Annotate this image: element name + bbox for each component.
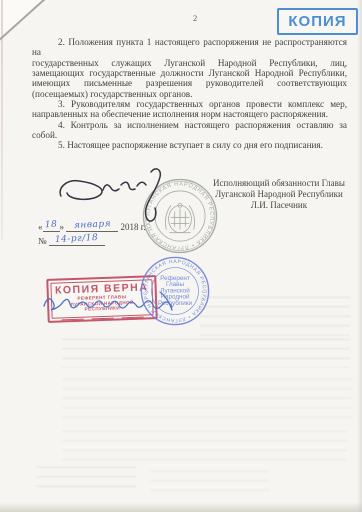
copy-stamp: КОПИЯ [277,8,358,35]
handwritten-number: 14-рг/18 [55,233,99,245]
document-body-text: 2. Положения пункта 1 настоящего распоря… [32,37,347,151]
acting-head-title-block: Исполняющий обязанности Главы Луганской … [200,178,358,211]
text-line: (посещаемых) государственных органов. [32,89,347,99]
coat-of-arms-icon [165,203,194,232]
bleedthrough-text [200,296,350,336]
page-number: 2 [193,13,197,23]
state-seal-icon: ЛУГАНСКАЯ НАРОДНАЯ РЕСПУБЛИКА • ЛУГАНСКА… [142,178,218,254]
text-line: на [32,47,347,57]
scanned-document-page: 2 КОПИЯ 2. Положения пункта 1 настоящего… [0,0,362,512]
text-line: собой. [32,130,347,140]
text-line: государственных служащих Луганской Народ… [32,58,347,68]
bleedthrough-text [36,466,136,492]
scan-edge-artifact [1,0,3,240]
referent-round-stamp: ЛУГАНСКАЯ НАРОДНАЯ РЕСПУБЛИКА • ЛУГАНСКА… [140,256,210,326]
text-line: 4. Контроль за исполнением настоящего ра… [32,120,347,130]
handwritten-month: января [73,219,111,231]
stamp-republic-label: ЛУГАНСКОЙ НАРОДНОЙ РЕСПУБЛИКИ [52,299,152,314]
text-line: замещающих государственные должности Луг… [32,68,347,78]
signing-date-line: «18» января 2018 г. [38,220,146,232]
registration-number-line: № 14-рг/18 [38,234,105,246]
scan-edge-artifact [0,502,362,512]
printed-year: 2018 г. [121,222,146,232]
text-line: направленных на обеспечение исполнения н… [32,109,347,119]
svg-text:*: * [147,290,149,296]
quote-close: » [60,222,65,232]
handwritten-day: 18 [44,220,57,231]
official-title-line: Исполняющий обязанности Главы [200,178,358,189]
number-label: № [38,236,47,246]
svg-text:*: * [201,290,203,296]
svg-text:Республики: Республики [158,299,192,307]
bleedthrough-text [62,338,350,368]
bleedthrough-text [62,378,352,426]
official-name: Л.И. Пасечник [200,200,358,211]
text-line: 2. Положения пункта 1 настоящего распоря… [32,37,347,47]
bleedthrough-text [150,470,270,492]
text-line: 5. Настоящее распоряжение вступает в сил… [32,140,347,150]
copy-stamp-label: КОПИЯ [288,13,346,30]
text-line: имеющих письменные разрешения руководите… [32,78,347,88]
official-title-line: Луганской Народной Республики [200,189,358,200]
scan-edge-artifact [357,0,362,512]
blue-stamp-center-text: Референт Главы Луганской Народной Респуб… [147,275,204,307]
copy-certification-stamp-inner: КОПИЯ ВЕРНА РЕФЕРЕНТ ГЛАВЫ ЛУГАНСКОЙ НАР… [50,279,153,319]
stamp-blank-rules [62,313,144,320]
bleedthrough-text [62,430,347,468]
text-line: 3. Руководителям государственных органов… [32,99,347,109]
